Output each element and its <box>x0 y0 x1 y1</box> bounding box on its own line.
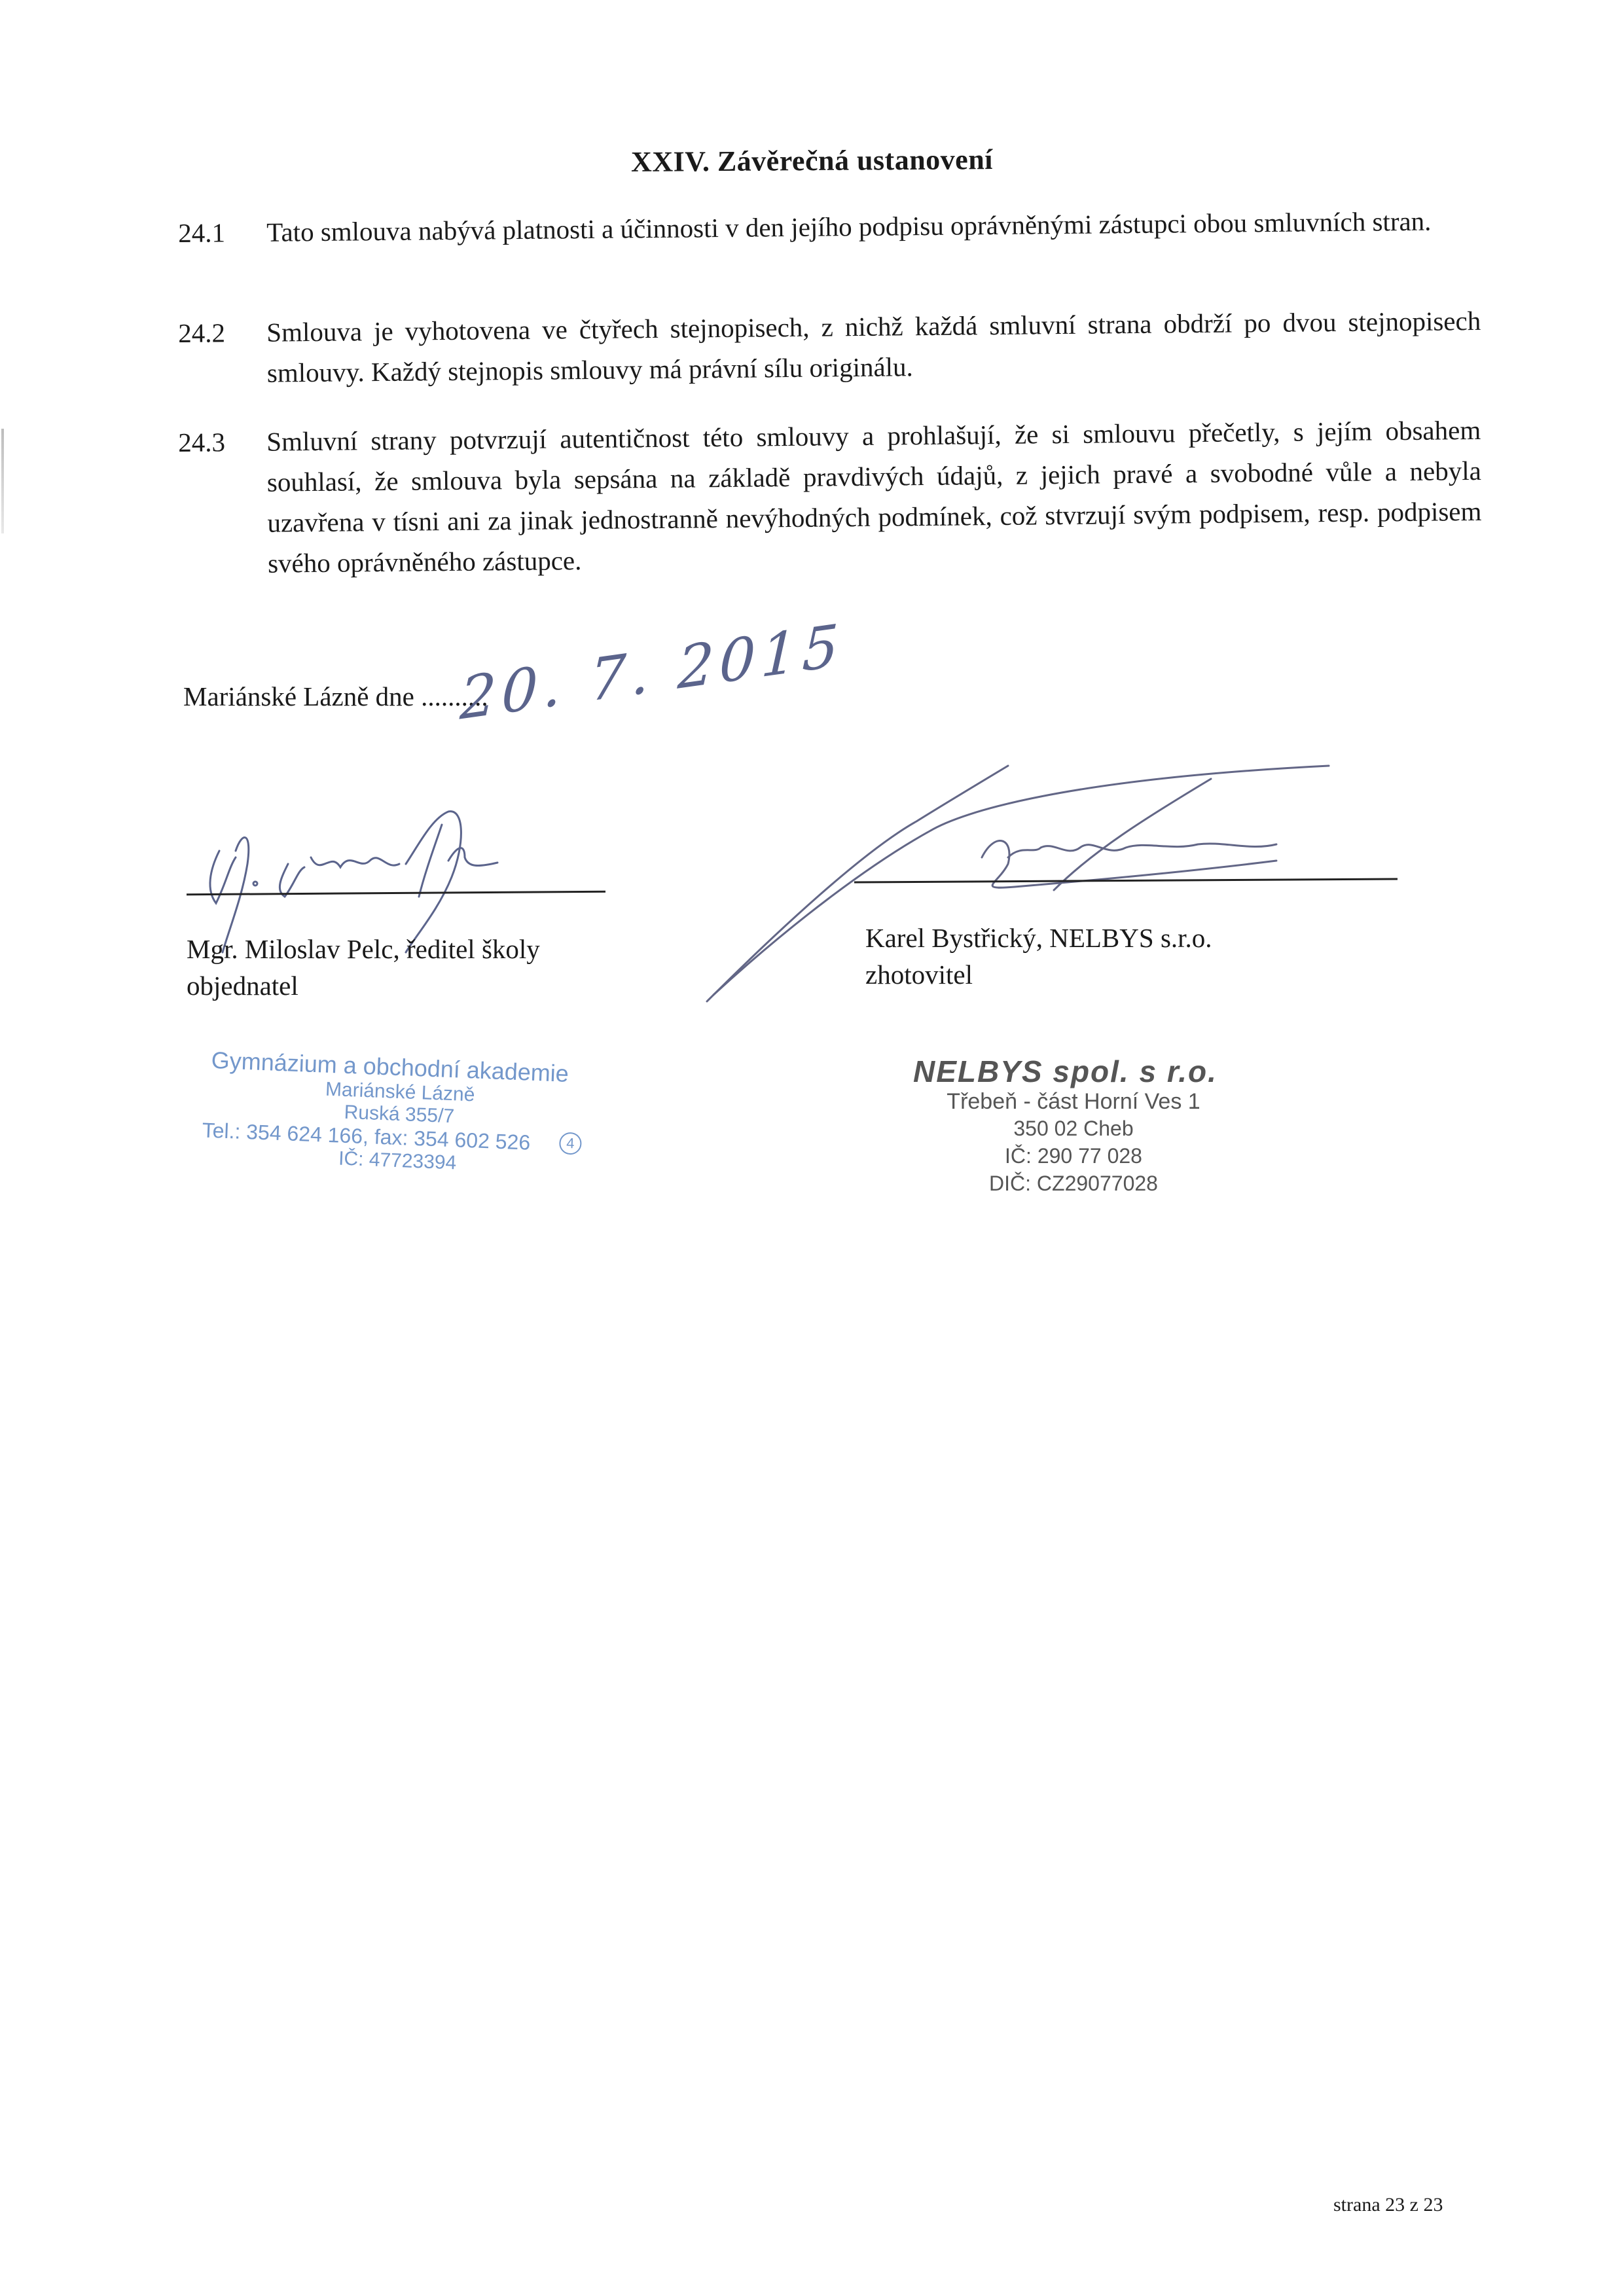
firm-stamp-name: NELBYS spol. s r.o. <box>903 1054 1244 1089</box>
clause-24-2: 24.2 Smlouva je vyhotovena ve čtyřech st… <box>178 300 1481 394</box>
section-heading: XXIV. Závěrečná ustanovení <box>0 138 1624 183</box>
clause-text: Smluvní strany potvrzují autentičnost té… <box>266 410 1482 584</box>
signatory-left-name: Mgr. Miloslav Pelc, ředitel školy <box>187 931 540 967</box>
signatory-right-name: Karel Bystřický, NELBYS s.r.o. <box>865 920 1212 956</box>
signatory-left: Mgr. Miloslav Pelc, ředitel školy objedn… <box>187 931 540 1004</box>
clause-number: 24.3 <box>178 422 264 463</box>
school-stamp: Gymnázium a obchodní akademie Mariánské … <box>201 1047 598 1180</box>
clause-number: 24.2 <box>178 312 264 353</box>
signatory-right-role: zhotovitel <box>865 956 1212 993</box>
signatory-left-role: objednatel <box>187 967 540 1004</box>
clause-number: 24.1 <box>178 212 264 253</box>
clause-text: Tato smlouva nabývá platnosti a účinnost… <box>266 200 1481 253</box>
clause-text: Smlouva je vyhotovena ve čtyřech stejnop… <box>266 300 1481 393</box>
clause-24-1: 24.1 Tato smlouva nabývá platnosti a úči… <box>178 200 1481 253</box>
firm-stamp-id: IČ: 290 77 028 <box>903 1142 1244 1170</box>
clause-24-3: 24.3 Smluvní strany potvrzují autentično… <box>178 410 1482 584</box>
scan-edge-mark <box>1 429 4 533</box>
handwritten-date: 20. 7. 2015 <box>459 611 845 733</box>
place-and-date-label: Mariánské Lázně dne .......... <box>183 681 488 712</box>
firm-stamp-address: Třebeň - část Horní Ves 1 <box>903 1089 1244 1115</box>
page-number: strana 23 z 23 <box>1333 2194 1443 2216</box>
firm-stamp-tax-id: DIČ: CZ29077028 <box>903 1170 1244 1197</box>
firm-stamp: NELBYS spol. s r.o. Třebeň - část Horní … <box>903 1054 1244 1197</box>
document-page: XXIV. Závěrečná ustanovení 24.1 Tato sml… <box>0 0 1624 2296</box>
firm-stamp-city: 350 02 Cheb <box>903 1115 1244 1142</box>
signatory-right: Karel Bystřický, NELBYS s.r.o. zhotovite… <box>865 920 1212 993</box>
